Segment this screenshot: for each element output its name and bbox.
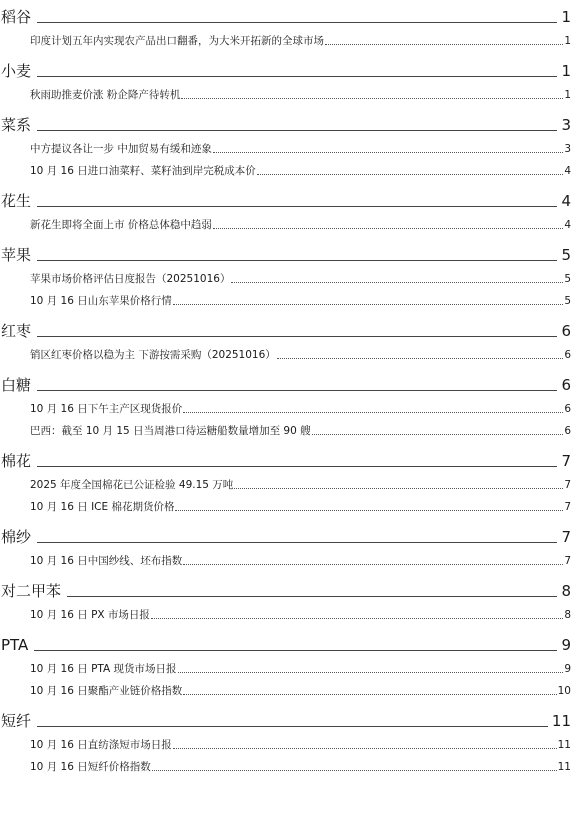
- toc-entry-link[interactable]: 印度计划五年内实现农产品出口翻番，为大米开拓新的全球市场1: [0, 26, 574, 48]
- toc-entry-link[interactable]: 2025 年度全国棉花已公证检验 49.15 万吨7: [0, 470, 574, 492]
- toc-heading-page: 7: [561, 452, 571, 470]
- toc-entry-link[interactable]: 10 月 16 日 PTA 现货市场日报9: [0, 654, 574, 676]
- toc-leader-line: [37, 336, 557, 337]
- toc-section: 对二甲苯810 月 16 日 PX 市场日报8: [0, 574, 574, 628]
- toc-section: 红枣6销区红枣价格以稳为主 下游按需采购（20251016）6: [0, 314, 574, 368]
- toc-heading-page: 1: [561, 62, 571, 80]
- toc-dot-leader: [173, 304, 564, 305]
- toc-entry-page: 8: [564, 608, 571, 622]
- toc-leader-line: [37, 22, 557, 23]
- toc-entry-title: 新花生即将全面上市 价格总体稳中趋弱: [30, 218, 212, 232]
- toc-entry-title: 10 月 16 日中国纱线、坯布指数: [30, 554, 182, 568]
- toc-entry-title: 销区红枣价格以稳为主 下游按需采购（20251016）: [30, 348, 276, 362]
- toc-entry-title: 10 月 16 日进口油菜籽、菜籽油到岸完税成本价: [30, 164, 256, 178]
- toc-dot-leader: [213, 152, 563, 153]
- toc-heading-page: 11: [552, 712, 571, 730]
- toc-entry-title: 10 月 16 日短纤价格指数: [30, 760, 151, 774]
- toc-heading-title: 白糖: [1, 376, 31, 394]
- toc-dot-leader: [231, 282, 563, 283]
- toc-entry-link[interactable]: 10 月 16 日 PX 市场日报8: [0, 600, 574, 622]
- table-of-contents: 稻谷1印度计划五年内实现农产品出口翻番，为大米开拓新的全球市场1小麦1秋雨助推麦…: [0, 0, 574, 780]
- toc-section: 花生4新花生即将全面上市 价格总体稳中趋弱4: [0, 184, 574, 238]
- toc-heading-page: 7: [561, 528, 571, 546]
- toc-dot-leader: [183, 564, 563, 565]
- toc-heading-title: 花生: [1, 192, 31, 210]
- toc-entry-page: 6: [564, 424, 571, 438]
- toc-leader-line: [37, 76, 557, 77]
- toc-entry-link[interactable]: 10 月 16 日聚酯产业链价格指数10: [0, 676, 574, 698]
- toc-entry-title: 10 月 16 日山东苹果价格行情: [30, 294, 172, 308]
- toc-entry-title: 苹果市场价格评估日度报告（20251016）: [30, 272, 230, 286]
- toc-heading-page: 6: [561, 376, 571, 394]
- toc-heading-link[interactable]: 棉纱7: [0, 520, 574, 546]
- toc-leader-line: [37, 390, 557, 391]
- toc-heading-page: 1: [561, 8, 571, 26]
- toc-dot-leader: [183, 694, 556, 695]
- toc-entry-title: 10 月 16 日 ICE 棉花期货价格: [30, 500, 174, 514]
- toc-heading-page: 6: [561, 322, 571, 340]
- toc-heading-link[interactable]: 白糖6: [0, 368, 574, 394]
- toc-entry-page: 5: [564, 272, 571, 286]
- toc-entry-page: 11: [558, 738, 571, 752]
- toc-dot-leader: [151, 618, 563, 619]
- section-spacer: [0, 774, 574, 780]
- toc-entry-title: 2025 年度全国棉花已公证检验 49.15 万吨: [30, 478, 233, 492]
- toc-entry-link[interactable]: 苹果市场价格评估日度报告（20251016）5: [0, 264, 574, 286]
- toc-entry-page: 11: [558, 760, 571, 774]
- toc-heading-page: 8: [561, 582, 571, 600]
- toc-heading-link[interactable]: 稻谷1: [0, 0, 574, 26]
- toc-dot-leader: [183, 412, 563, 413]
- toc-dot-leader: [173, 748, 557, 749]
- toc-leader-line: [37, 130, 557, 131]
- toc-entry-link[interactable]: 10 月 16 日进口油菜籽、菜籽油到岸完税成本价4: [0, 156, 574, 178]
- toc-entry-page: 10: [558, 684, 571, 698]
- toc-heading-link[interactable]: 花生4: [0, 184, 574, 210]
- toc-heading-title: 红枣: [1, 322, 31, 340]
- toc-heading-link[interactable]: 苹果5: [0, 238, 574, 264]
- toc-entry-link[interactable]: 10 月 16 日短纤价格指数11: [0, 752, 574, 774]
- toc-heading-link[interactable]: 棉花7: [0, 444, 574, 470]
- toc-leader-line: [37, 260, 557, 261]
- toc-entry-title: 印度计划五年内实现农产品出口翻番，为大米开拓新的全球市场: [30, 34, 324, 48]
- toc-heading-title: 菜系: [1, 116, 31, 134]
- toc-entry-title: 巴西：截至 10 月 15 日当周港口待运糖船数量增加至 90 艘: [30, 424, 311, 438]
- toc-section: 稻谷1印度计划五年内实现农产品出口翻番，为大米开拓新的全球市场1: [0, 0, 574, 54]
- toc-entry-page: 4: [564, 164, 571, 178]
- toc-entry-link[interactable]: 销区红枣价格以稳为主 下游按需采购（20251016）6: [0, 340, 574, 362]
- toc-section: 苹果5苹果市场价格评估日度报告（20251016）510 月 16 日山东苹果价…: [0, 238, 574, 314]
- toc-entry-page: 7: [564, 500, 571, 514]
- toc-entry-page: 3: [564, 142, 571, 156]
- toc-heading-link[interactable]: 短纤11: [0, 704, 574, 730]
- toc-heading-page: 3: [561, 116, 571, 134]
- toc-heading-title: 苹果: [1, 246, 31, 264]
- toc-heading-title: 短纤: [1, 712, 31, 730]
- toc-leader-line: [37, 466, 557, 467]
- toc-leader-line: [37, 206, 557, 207]
- toc-heading-title: 小麦: [1, 62, 31, 80]
- toc-section: 棉纱710 月 16 日中国纱线、坯布指数7: [0, 520, 574, 574]
- toc-leader-line: [67, 596, 557, 597]
- toc-section: 菜系3中方提议各让一步 中加贸易有缓和迹象310 月 16 日进口油菜籽、菜籽油…: [0, 108, 574, 184]
- toc-entry-link[interactable]: 10 月 16 日直纺涤短市场日报11: [0, 730, 574, 752]
- toc-section: PTA910 月 16 日 PTA 现货市场日报910 月 16 日聚酯产业链价…: [0, 628, 574, 704]
- toc-entry-page: 7: [564, 554, 571, 568]
- toc-entry-title: 秋雨助推麦价涨 粉企降产待转机: [30, 88, 180, 102]
- toc-dot-leader: [213, 228, 563, 229]
- toc-section: 短纤1110 月 16 日直纺涤短市场日报1110 月 16 日短纤价格指数11: [0, 704, 574, 780]
- toc-heading-title: 棉花: [1, 452, 31, 470]
- toc-entry-page: 9: [564, 662, 571, 676]
- toc-entry-link[interactable]: 10 月 16 日山东苹果价格行情5: [0, 286, 574, 308]
- toc-dot-leader: [325, 44, 563, 45]
- toc-entry-page: 5: [564, 294, 571, 308]
- toc-entry-link[interactable]: 巴西：截至 10 月 15 日当周港口待运糖船数量增加至 90 艘6: [0, 416, 574, 438]
- toc-dot-leader: [312, 434, 564, 435]
- toc-section: 白糖610 月 16 日下午主产区现货报价6巴西：截至 10 月 15 日当周港…: [0, 368, 574, 444]
- toc-dot-leader: [175, 510, 563, 511]
- toc-entry-title: 中方提议各让一步 中加贸易有缓和迹象: [30, 142, 212, 156]
- toc-entry-title: 10 月 16 日 PTA 现货市场日报: [30, 662, 177, 676]
- toc-leader-line: [34, 650, 557, 651]
- toc-heading-page: 5: [561, 246, 571, 264]
- toc-entry-link[interactable]: 新花生即将全面上市 价格总体稳中趋弱4: [0, 210, 574, 232]
- toc-entry-page: 1: [564, 88, 571, 102]
- toc-leader-line: [37, 726, 548, 727]
- toc-heading-link[interactable]: 对二甲苯8: [0, 574, 574, 600]
- toc-dot-leader: [257, 174, 564, 175]
- toc-entry-page: 6: [564, 348, 571, 362]
- toc-entry-page: 1: [564, 34, 571, 48]
- toc-section: 小麦1秋雨助推麦价涨 粉企降产待转机1: [0, 54, 574, 108]
- toc-heading-title: 稻谷: [1, 8, 31, 26]
- toc-section: 棉花72025 年度全国棉花已公证检验 49.15 万吨710 月 16 日 I…: [0, 444, 574, 520]
- toc-entry-title: 10 月 16 日直纺涤短市场日报: [30, 738, 172, 752]
- toc-entry-page: 4: [564, 218, 571, 232]
- toc-entry-title: 10 月 16 日聚酯产业链价格指数: [30, 684, 182, 698]
- toc-heading-title: 棉纱: [1, 528, 31, 546]
- toc-dot-leader: [178, 672, 564, 673]
- toc-entry-link[interactable]: 10 月 16 日下午主产区现货报价6: [0, 394, 574, 416]
- toc-dot-leader: [181, 98, 563, 99]
- toc-heading-title: 对二甲苯: [1, 582, 61, 600]
- toc-heading-link[interactable]: 红枣6: [0, 314, 574, 340]
- toc-entry-title: 10 月 16 日下午主产区现货报价: [30, 402, 182, 416]
- toc-heading-title: PTA: [1, 636, 28, 654]
- toc-entry-link[interactable]: 10 月 16 日中国纱线、坯布指数7: [0, 546, 574, 568]
- toc-entry-page: 7: [564, 478, 571, 492]
- toc-heading-page: 4: [561, 192, 571, 210]
- toc-entry-title: 10 月 16 日 PX 市场日报: [30, 608, 150, 622]
- toc-dot-leader: [277, 358, 564, 359]
- toc-leader-line: [37, 542, 557, 543]
- toc-heading-page: 9: [561, 636, 571, 654]
- toc-entry-link[interactable]: 秋雨助推麦价涨 粉企降产待转机1: [0, 80, 574, 102]
- toc-entry-link[interactable]: 10 月 16 日 ICE 棉花期货价格7: [0, 492, 574, 514]
- toc-heading-link[interactable]: PTA9: [0, 628, 574, 654]
- toc-entry-page: 6: [564, 402, 571, 416]
- toc-heading-link[interactable]: 小麦1: [0, 54, 574, 80]
- toc-heading-link[interactable]: 菜系3: [0, 108, 574, 134]
- toc-entry-link[interactable]: 中方提议各让一步 中加贸易有缓和迹象3: [0, 134, 574, 156]
- toc-dot-leader: [234, 488, 563, 489]
- toc-dot-leader: [152, 770, 557, 771]
